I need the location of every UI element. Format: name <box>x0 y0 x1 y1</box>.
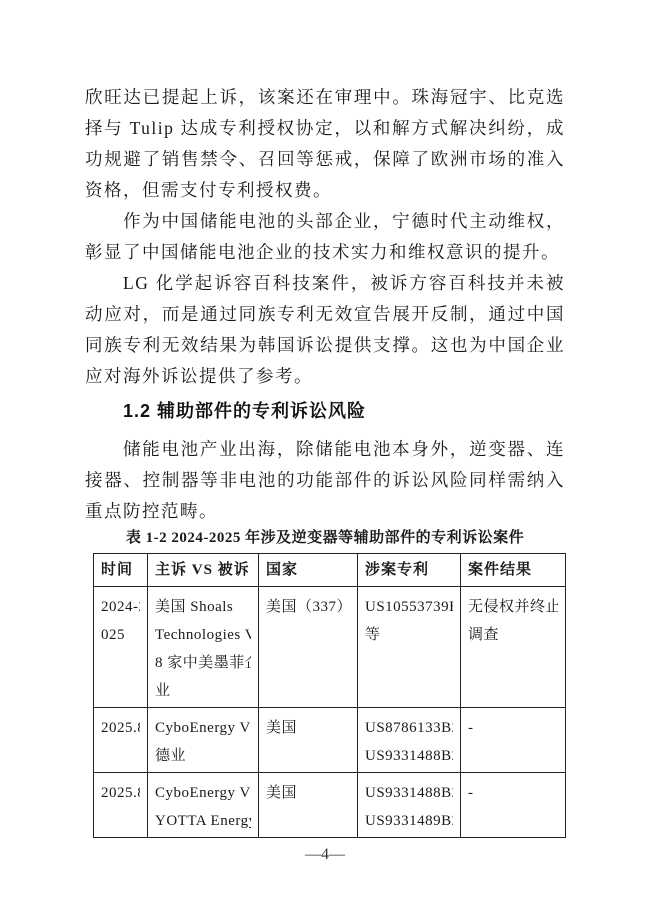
table-cell: 美国（337） <box>259 587 358 708</box>
table-cell-line: US9331489B2 <box>365 807 453 835</box>
table-cell: 美国 ShoalsTechnologies VS8 家中美墨菲企业 <box>148 587 259 708</box>
table-cell-line: 无侵权并终止 <box>468 593 558 621</box>
section-body-block: 储能电池产业出海，除储能电池本身外，逆变器、连接器、控制器等非电池的功能部件的诉… <box>85 434 565 527</box>
table-cell: 美国 <box>259 708 358 773</box>
table-row: 2025.8CyboEnergy VSYOTTA Energy美国US93314… <box>94 773 566 838</box>
table-cell-line: US8786133B2 <box>365 714 453 742</box>
page-number: —4— <box>305 846 345 863</box>
table-cell: - <box>461 708 566 773</box>
table-body: 2024-2025美国 ShoalsTechnologies VS8 家中美墨菲… <box>94 587 566 838</box>
table-cell: CyboEnergy VS德业 <box>148 708 259 773</box>
table-cell: US9331488B2US9331489B2 <box>358 773 461 838</box>
table-cell: 无侵权并终止调查 <box>461 587 566 708</box>
paragraph-continued: 欣旺达已提起上诉，该案还在审理中。珠海冠宇、比克选择与 Tulip 达成专利授权… <box>85 82 565 206</box>
table-cell-line: 美国（337） <box>266 593 350 621</box>
table-cell-line: 德业 <box>155 742 251 770</box>
table-row: 2024-2025美国 ShoalsTechnologies VS8 家中美墨菲… <box>94 587 566 708</box>
table-cell-line: 美国 <box>266 714 350 742</box>
table-cell-line: 美国 <box>266 779 350 807</box>
table-cell-line: - <box>468 714 558 742</box>
table-cell-line: - <box>468 779 558 807</box>
patent-case-table: 时间 主诉 VS 被诉 国家 涉案专利 案件结果 2024-2025美国 Sho… <box>93 553 566 838</box>
table-row: 2025.8CyboEnergy VS德业美国US8786133B2US9331… <box>94 708 566 773</box>
paragraph-lg-chem: LG 化学起诉容百科技案件，被诉方容百科技并未被动应对，而是通过同族专利无效宣告… <box>85 268 565 392</box>
table-cell-line: 2025.8 <box>101 714 140 742</box>
page-footer: —4— <box>0 846 650 864</box>
table-cell-line: US9331488B2 <box>365 779 453 807</box>
col-header-country: 国家 <box>259 554 358 587</box>
table-header-row: 时间 主诉 VS 被诉 国家 涉案专利 案件结果 <box>94 554 566 587</box>
col-header-plaintiff-vs-defendant: 主诉 VS 被诉 <box>148 554 259 587</box>
table-cell-line: 8 家中美墨菲企 <box>155 649 251 677</box>
section-heading: 1.2 辅助部件的专利诉讼风险 <box>85 398 565 424</box>
table-cell-line: 美国 Shoals <box>155 593 251 621</box>
table-cell-line: 025 <box>101 621 140 649</box>
table-caption: 表 1-2 2024-2025 年涉及逆变器等辅助部件的专利诉讼案件 <box>85 527 565 549</box>
table-cell-line: 调查 <box>468 621 558 649</box>
table-cell-line: 2024-2 <box>101 593 140 621</box>
table-cell-line: US10553739B2 <box>365 593 453 621</box>
document-page: 欣旺达已提起上诉，该案还在审理中。珠海冠宇、比克选择与 Tulip 达成专利授权… <box>0 0 650 919</box>
table-cell-line: YOTTA Energy <box>155 807 251 835</box>
table-cell-line: 等 <box>365 621 453 649</box>
table-cell: - <box>461 773 566 838</box>
table-cell-line: US9331488B2 <box>365 742 453 770</box>
table-cell-line: CyboEnergy VS <box>155 779 251 807</box>
table-cell: 2025.8 <box>94 773 148 838</box>
paragraph-catl: 作为中国储能电池的头部企业，宁德时代主动维权，彰显了中国储能电池企业的技术实力和… <box>85 206 565 268</box>
table-cell-line: 业 <box>155 677 251 705</box>
col-header-patents: 涉案专利 <box>358 554 461 587</box>
table-cell: CyboEnergy VSYOTTA Energy <box>148 773 259 838</box>
table-cell-line: 2025.8 <box>101 779 140 807</box>
col-header-time: 时间 <box>94 554 148 587</box>
paragraph-auxiliary-parts: 储能电池产业出海，除储能电池本身外，逆变器、连接器、控制器等非电池的功能部件的诉… <box>85 434 565 527</box>
table-cell: US10553739B2等 <box>358 587 461 708</box>
table-cell-line: CyboEnergy VS <box>155 714 251 742</box>
col-header-case-result: 案件结果 <box>461 554 566 587</box>
table-cell: 美国 <box>259 773 358 838</box>
body-text-block: 欣旺达已提起上诉，该案还在审理中。珠海冠宇、比克选择与 Tulip 达成专利授权… <box>85 82 565 392</box>
table-cell-line: Technologies VS <box>155 621 251 649</box>
table-cell: US8786133B2US9331488B2 <box>358 708 461 773</box>
table-cell: 2025.8 <box>94 708 148 773</box>
table-cell: 2024-2025 <box>94 587 148 708</box>
